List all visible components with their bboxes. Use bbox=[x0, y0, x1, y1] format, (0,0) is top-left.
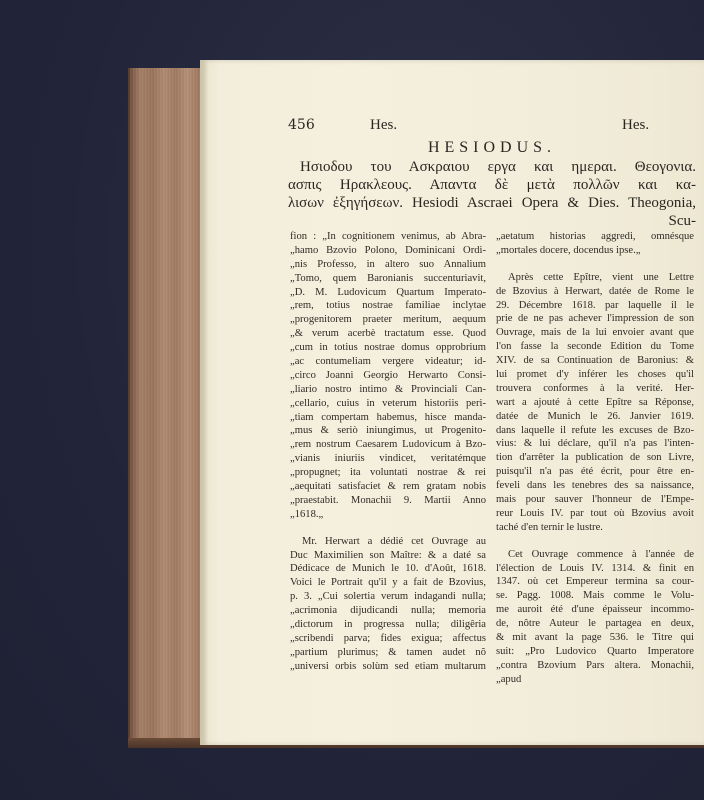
running-head: 456 Hes. Hes. bbox=[280, 117, 704, 139]
text-line: Après cette Epître, vient une Lettre bbox=[496, 271, 694, 285]
text-line: „& verum acerbè tractatum esse. Quod bbox=[290, 327, 486, 341]
text-line: „rem, totius nostrae familiae inclytae bbox=[290, 299, 486, 313]
greek-line-4: Scu- bbox=[288, 212, 696, 230]
text-line: „circo Joanni Georgio Herwarto Consi- bbox=[290, 369, 486, 383]
text-line: reur Louis IV. par tout où Bzovius avoit bbox=[496, 507, 694, 521]
greek-line-1: Ησιοδου του Ασκραιου εργα και ημεραι. Θε… bbox=[288, 158, 696, 176]
text-line: suit: „Pro Ludovico Quarto Imperatore bbox=[496, 645, 694, 659]
text-line: „cellario, cuius in veterum historiis pe… bbox=[290, 397, 486, 411]
text-line: se. Pagg. 1008. Mais comme le Volu- bbox=[496, 589, 694, 603]
text-line: datée de Munich le 26. Janvier 1619. bbox=[496, 410, 694, 424]
text-line: 1347. où cet Empereur termina sa cour- bbox=[496, 575, 694, 589]
text-line: trouvera conformes à la verité. Her- bbox=[496, 382, 694, 396]
text-line: de Bzovius à Herwart, datée de Rome le bbox=[496, 285, 694, 299]
text-line: prie de ne pas achever l'impression de s… bbox=[496, 312, 694, 326]
text-line: Dédicace de Munich le 10. d'Août, 1618. bbox=[290, 562, 486, 576]
text-line: „aetatum historias aggredi, omnésque bbox=[496, 230, 694, 244]
text-line: lui promet d'y inférer les choses qu'il bbox=[496, 368, 694, 382]
text-line: „mus & seriò iniungimus, ut Progenito- bbox=[290, 424, 486, 438]
text-line: tion d'arrêter la publication de son Liv… bbox=[496, 451, 694, 465]
text-line: „nis Professo, in altero suo Annalium bbox=[290, 258, 486, 272]
text-line: wart a ajouté à cette Epître sa Réponse, bbox=[496, 396, 694, 410]
text-line: „D. M. Ludovicum Quartum Imperato- bbox=[290, 286, 486, 300]
text-line: „1618.„ bbox=[290, 508, 486, 522]
text-line: „progenitorem praeter meritum, aequum bbox=[290, 313, 486, 327]
catchword: „apud bbox=[496, 673, 694, 687]
greek-heading: Ησιοδου του Ασκραιου εργα και ημεραι. Θε… bbox=[288, 158, 696, 230]
text-line: Cet Ouvrage commence à l'année de bbox=[496, 548, 694, 562]
running-head-left: Hes. bbox=[370, 117, 397, 134]
text-line: l'élection de Louis IV. 1314. & finit en bbox=[496, 562, 694, 576]
text-line: „acrimonia dijudicandi nulla; memoria bbox=[290, 604, 486, 618]
greek-line-3: λισων ἐξηγήσεων. Hesiodi Ascraei Opera &… bbox=[288, 194, 696, 212]
text-line: puisqu'il n'a pas été écrit, pour être e… bbox=[496, 465, 694, 479]
paragraph-gap bbox=[290, 522, 486, 535]
text-line: „partium plurimus; & tamen audet nõ bbox=[290, 646, 486, 660]
page-gutter bbox=[200, 60, 208, 745]
text-line: „scribendi parva; fides exigua; affectus bbox=[290, 632, 486, 646]
text-line: „universi orbis solùm sed etiam multarum bbox=[290, 660, 486, 674]
page-number: 456 bbox=[288, 117, 315, 133]
text-line: „vianis iniuriis vindicet, veritatémque bbox=[290, 452, 486, 466]
text-line: l'on fasse la seconde Edition du Tome bbox=[496, 340, 694, 354]
text-line: „dictorum in progressa nulla; diligêria bbox=[290, 618, 486, 632]
text-line: de, nôtre Auteur le partagea en deux, bbox=[496, 617, 694, 631]
text-line: „contra Bzovium Pars altera. Monachii, bbox=[496, 659, 694, 673]
text-line: & mit avant la page 536. le Titre qui bbox=[496, 631, 694, 645]
text-line: „Tomo, quem Baronianis succenturiavit, bbox=[290, 272, 486, 286]
text-line: „mortales docere, docendus ipse.„ bbox=[496, 244, 694, 258]
text-line: „propugnet; ita voluntati nostrae & rei bbox=[290, 466, 486, 480]
text-line: mais pour sauver l'honneur de l'Empe- bbox=[496, 493, 694, 507]
text-line: Mr. Herwart a dédié cet Ouvrage au bbox=[290, 535, 486, 549]
paragraph-gap bbox=[496, 535, 694, 548]
text-line: „liario nostro intimo & Provinciali Can- bbox=[290, 383, 486, 397]
text-line: me auroit été d'une épaisseur incommo- bbox=[496, 603, 694, 617]
paragraph-gap bbox=[496, 258, 694, 271]
text-line: „ac contumeliam vergere videatur; id- bbox=[290, 355, 486, 369]
text-line: vius: & lui déclare, qu'il n'a pas l'int… bbox=[496, 437, 694, 451]
entry-title: HESIODUS. bbox=[280, 139, 704, 157]
text-line: „aequitati satisfaciet & rem gratam nobi… bbox=[290, 480, 486, 494]
text-line: „rem nostrum Caesarem Ludovicum à Bzo- bbox=[290, 438, 486, 452]
text-line: 29. Décembre 1618. par laquelle il le bbox=[496, 299, 694, 313]
text-line: fion : „In cognitionem venimus, ab Abra- bbox=[290, 230, 486, 244]
text-line: Voici le Portrait qu'il y a fait de Bzov… bbox=[290, 576, 486, 590]
text-line: Duc Maximilien son Maître: & a daté sa bbox=[290, 549, 486, 563]
text-line: dans laquelle il refute les excuses de B… bbox=[496, 424, 694, 438]
text-line: „cum in totius nostrae domus opprobrium bbox=[290, 341, 486, 355]
text-line: „hamo Bzovio Polono, Dominicani Ordi- bbox=[290, 244, 486, 258]
text-line: XIV. de sa Continuation de Baronius: & bbox=[496, 354, 694, 368]
text-line: taché d'en ternir le lustre. bbox=[496, 521, 694, 535]
text-line: p. 3. „Cui solertia verum indagandi null… bbox=[290, 590, 486, 604]
greek-line-2: ασπις Ηρακλεους. Απαντα δὲ μετὰ πολλῶν κ… bbox=[288, 176, 696, 194]
text-line: feveli dans les tenebres des sa naissanc… bbox=[496, 479, 694, 493]
left-column: fion : „In cognitionem venimus, ab Abra-… bbox=[290, 230, 486, 674]
text-line: „praestabit. Monachii 9. Martii Anno bbox=[290, 494, 486, 508]
text-line: „tiam compertam habemus, hisce manda- bbox=[290, 411, 486, 425]
running-head-right: Hes. bbox=[622, 117, 649, 134]
text-line: Ouvrage, mais de la lui envoier avant qu… bbox=[496, 326, 694, 340]
right-column: „aetatum historias aggredi, omnésque „mo… bbox=[496, 230, 694, 687]
book-page-edges bbox=[128, 68, 206, 746]
